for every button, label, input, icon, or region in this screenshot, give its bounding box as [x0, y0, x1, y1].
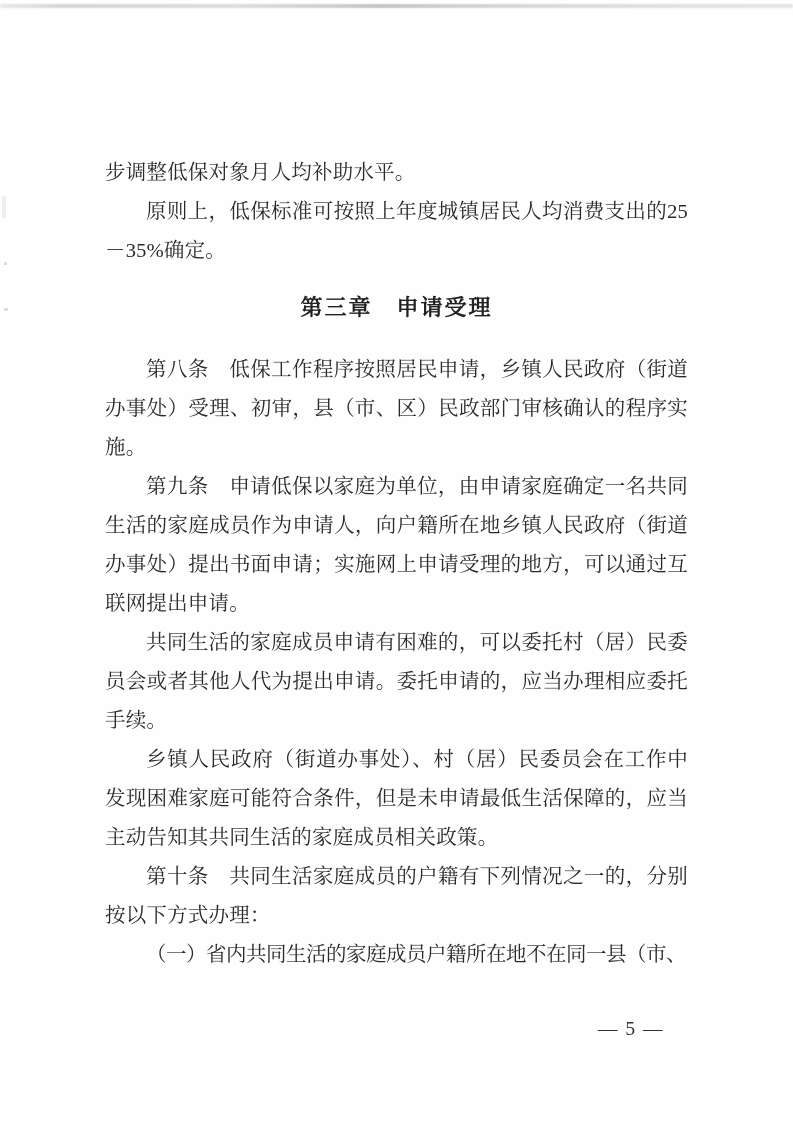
scan-smudge — [2, 196, 6, 218]
scan-speck — [4, 262, 7, 265]
paragraph-article-9: 第九条 申请低保以家庭为单位，由申请家庭确定一名共同生活的家庭成员作为申请人，向… — [105, 468, 688, 624]
paragraph-item-1: （一）省内共同生活的家庭成员户籍所在地不在同一县（市、 — [105, 936, 688, 975]
paragraph-continuation: 步调整低保对象月人均补助水平。 — [105, 154, 688, 193]
paragraph: 原则上，低保标准可按照上年度城镇居民人均消费支出的25－35%确定。 — [105, 193, 688, 271]
page-number: — 5 — — [598, 1019, 664, 1041]
document-body: 步调整低保对象月人均补助水平。 原则上，低保标准可按照上年度城镇居民人均消费支出… — [105, 0, 688, 975]
scan-speck — [4, 308, 8, 311]
paragraph-article-10: 第十条 共同生活家庭成员的户籍有下列情况之一的，分别按以下方式办理： — [105, 858, 688, 936]
paragraph-article-8: 第八条 低保工作程序按照居民申请，乡镇人民政府（街道办事处）受理、初审，县（市、… — [105, 351, 688, 468]
paragraph: 乡镇人民政府（街道办事处）、村（居）民委员会在工作中发现困难家庭可能符合条件，但… — [105, 741, 688, 858]
paragraph: 共同生活的家庭成员申请有困难的，可以委托村（居）民委员会或者其他人代为提出申请。… — [105, 624, 688, 741]
scanned-document-page: 步调整低保对象月人均补助水平。 原则上，低保标准可按照上年度城镇居民人均消费支出… — [0, 0, 793, 1121]
chapter-heading: 第三章 申请受理 — [105, 288, 688, 327]
